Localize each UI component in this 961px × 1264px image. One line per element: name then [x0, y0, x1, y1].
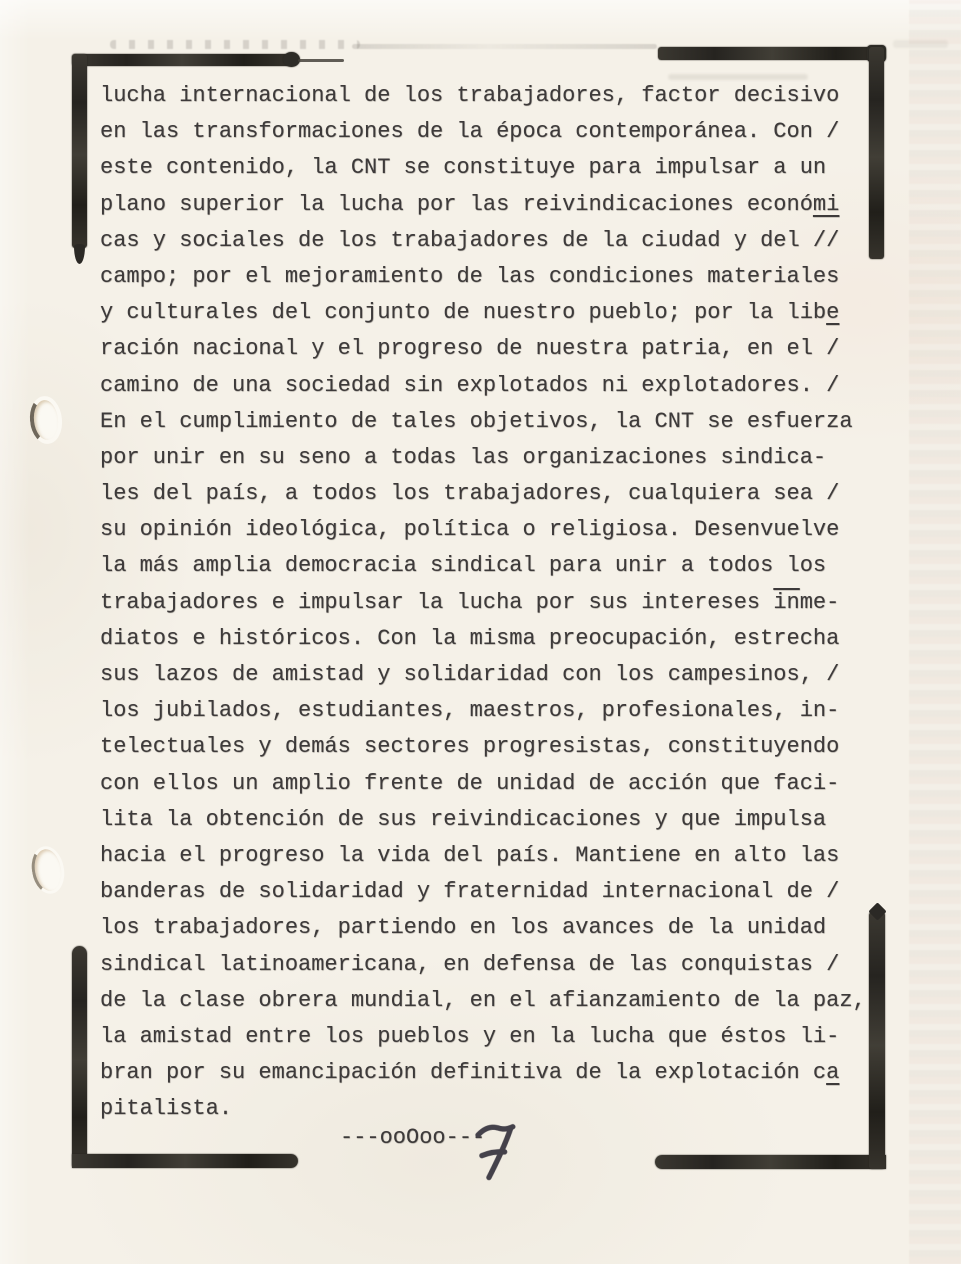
frame-mark-bottom-right-horizontal: [655, 1155, 886, 1169]
frame-mark-top-left-tip: [74, 244, 85, 264]
frame-mark-top-left-knob: [283, 52, 300, 67]
scanned-page: lucha internacional de los trabajadores,…: [0, 0, 961, 1264]
document-lines: lucha internacional de los trabajadores,…: [100, 78, 890, 1127]
text-line: telectuales y demás sectores progresista…: [100, 729, 890, 765]
text-line: su opinión ideológica, política o religi…: [100, 512, 890, 548]
frame-mark-bottom-left-vertical: [72, 946, 87, 1166]
text-line: banderas de solidaridad y fraternidad in…: [100, 874, 890, 910]
scan-smudge: [352, 44, 657, 49]
frame-mark-top-left-vertical: [72, 54, 87, 248]
text-line: cas y sociales de los trabajadores de la…: [100, 223, 890, 259]
text-line: les del país, a todos los trabajadores, …: [100, 476, 890, 512]
scan-smudge: [110, 40, 360, 49]
punch-hole-shadow-lower: [28, 844, 68, 897]
text-line: campo; por el mejoramiento de las condic…: [100, 259, 890, 295]
text-line: camino de una sociedad sin explotados ni…: [100, 368, 890, 404]
text-line: plano superior la lucha por las reivindi…: [100, 187, 890, 223]
text-line: de la clase obrera mundial, en el afianz…: [100, 983, 890, 1019]
frame-mark-top-right-horizontal: [658, 47, 886, 60]
text-line: lita la obtención de sus reivindicacione…: [100, 802, 890, 838]
text-line: En el cumplimiento de tales objetivos, l…: [100, 404, 890, 440]
text-line: los trabajadores, partiendo en los avanc…: [100, 910, 890, 946]
handwritten-page-number: [466, 1116, 520, 1183]
frame-mark-top-left-tail: [298, 59, 344, 62]
text-line: los jubilados, estudiantes, maestros, pr…: [100, 693, 890, 729]
text-line: en las transformaciones de la época cont…: [100, 114, 890, 150]
text-line: trabajadores e impulsar la lucha por sus…: [100, 585, 890, 621]
text-line: bran por su emancipación definitiva de l…: [100, 1055, 890, 1091]
text-line: ración nacional y el progreso de nuestra…: [100, 331, 890, 367]
text-line: la amistad entre los pueblos y en la luc…: [100, 1019, 890, 1055]
text-line: sindical latinoamericana, en defensa de …: [100, 947, 890, 983]
frame-mark-top-left-horizontal: [72, 54, 292, 66]
text-line: hacia el progreso la vida del país. Mant…: [100, 838, 890, 874]
text-line: diatos e históricos. Con la misma preocu…: [100, 621, 890, 657]
text-line: con ellos un amplio frente de unidad de …: [100, 766, 890, 802]
typed-separator: ---ooOoo---: [340, 1120, 485, 1156]
punch-hole-shadow-upper: [28, 394, 65, 445]
text-line: este contenido, la CNT se constituye par…: [100, 150, 890, 186]
text-line: lucha internacional de los trabajadores,…: [100, 78, 890, 114]
text-line: por unir en su seno a todas las organiza…: [100, 440, 890, 476]
text-line: sus lazos de amistad y solidaridad con l…: [100, 657, 890, 693]
text-line: y culturales del conjunto de nuestro pue…: [100, 295, 890, 331]
scan-edge-noise: [909, 0, 961, 1264]
frame-mark-bottom-left-horizontal: [72, 1154, 298, 1168]
text-line: la más amplia democracia sindical para u…: [100, 548, 890, 584]
